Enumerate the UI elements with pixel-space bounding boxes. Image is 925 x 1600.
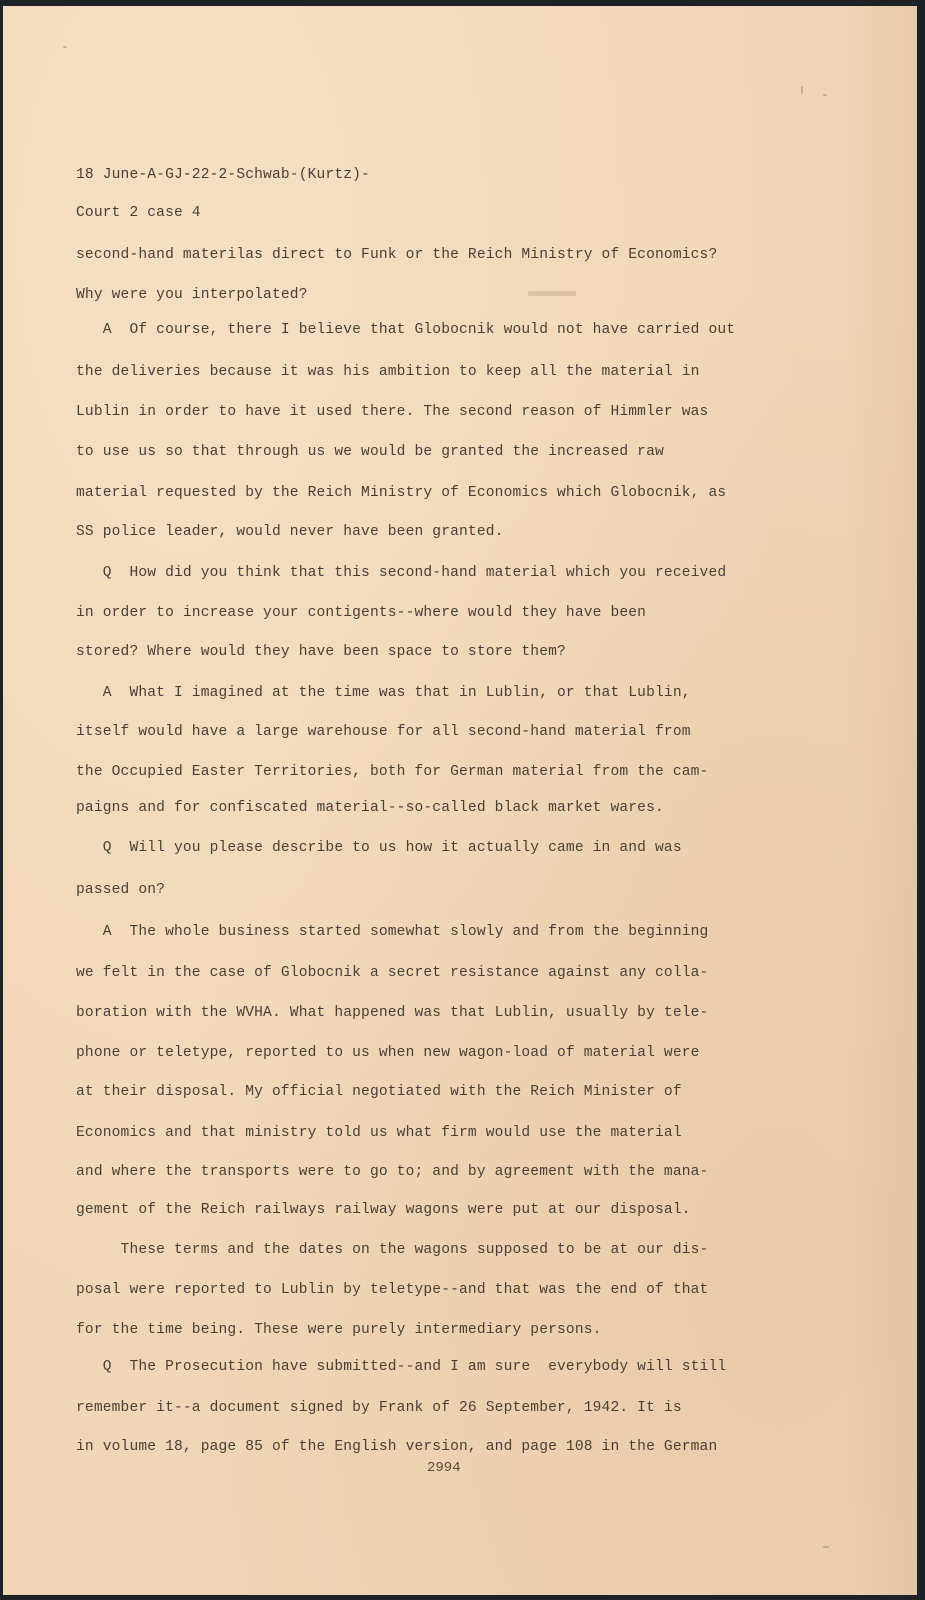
transcript-line: Why were you interpolated? xyxy=(76,285,308,305)
transcript-line: Q The Prosecution have submitted--and I … xyxy=(76,1357,726,1377)
transcript-line: A What I imagined at the time was that i… xyxy=(76,683,691,703)
transcript-line: SS police leader, would never have been … xyxy=(76,522,504,542)
transcript-line: paigns and for confiscated material--so-… xyxy=(76,798,664,818)
transcript-line: and where the transports were to go to; … xyxy=(76,1162,708,1182)
transcript-line: in volume 18, page 85 of the English ver… xyxy=(76,1437,717,1457)
page-number: 2994 xyxy=(427,1460,461,1476)
paper-speck xyxy=(63,46,67,48)
transcript-line: the deliveries because it was his ambiti… xyxy=(76,362,700,382)
transcript-line: Economics and that ministry told us what… xyxy=(76,1123,682,1143)
transcript-line: These terms and the dates on the wagons … xyxy=(76,1240,708,1260)
transcript-line: for the time being. These were purely in… xyxy=(76,1320,602,1340)
transcript-line: posal were reported to Lublin by teletyp… xyxy=(76,1280,708,1300)
transcript-line: remember it--a document signed by Frank … xyxy=(76,1398,682,1418)
transcript-line: phone or teletype, reported to us when n… xyxy=(76,1043,700,1063)
transcript-line: material requested by the Reich Ministry… xyxy=(76,483,726,503)
paper-smudge xyxy=(528,291,576,296)
paper-speck xyxy=(823,94,827,96)
transcript-line: A The whole business started somewhat sl… xyxy=(76,922,708,942)
transcript-line: we felt in the case of Globocnik a secre… xyxy=(76,963,708,983)
transcript-line: second-hand materilas direct to Funk or … xyxy=(76,245,717,265)
paper-speck xyxy=(801,86,803,94)
typewritten-transcript-page: 18 June-A-GJ-22-2-Schwab-(Kurtz)- Court … xyxy=(3,6,917,1595)
transcript-line: Q How did you think that this second-han… xyxy=(76,563,726,583)
transcript-line: in order to increase your contigents--wh… xyxy=(76,603,646,623)
paper-speck xyxy=(823,1546,829,1548)
transcript-line: A Of course, there I believe that Globoc… xyxy=(76,320,735,340)
transcript-line: to use us so that through us we would be… xyxy=(76,442,664,462)
document-reference-header: 18 June-A-GJ-22-2-Schwab-(Kurtz)- xyxy=(76,165,370,185)
transcript-line: at their disposal. My official negotiate… xyxy=(76,1082,682,1102)
transcript-line: boration with the WVHA. What happened wa… xyxy=(76,1003,708,1023)
transcript-line: stored? Where would they have been space… xyxy=(76,642,566,662)
court-case-label: Court 2 case 4 xyxy=(76,203,201,223)
transcript-line: Q Will you please describe to us how it … xyxy=(76,838,682,858)
transcript-line: Lublin in order to have it used there. T… xyxy=(76,402,708,422)
transcript-line: passed on? xyxy=(76,880,165,900)
transcript-line: itself would have a large warehouse for … xyxy=(76,722,691,742)
transcript-line: gement of the Reich railways railway wag… xyxy=(76,1200,691,1220)
transcript-line: the Occupied Easter Territories, both fo… xyxy=(76,762,708,782)
